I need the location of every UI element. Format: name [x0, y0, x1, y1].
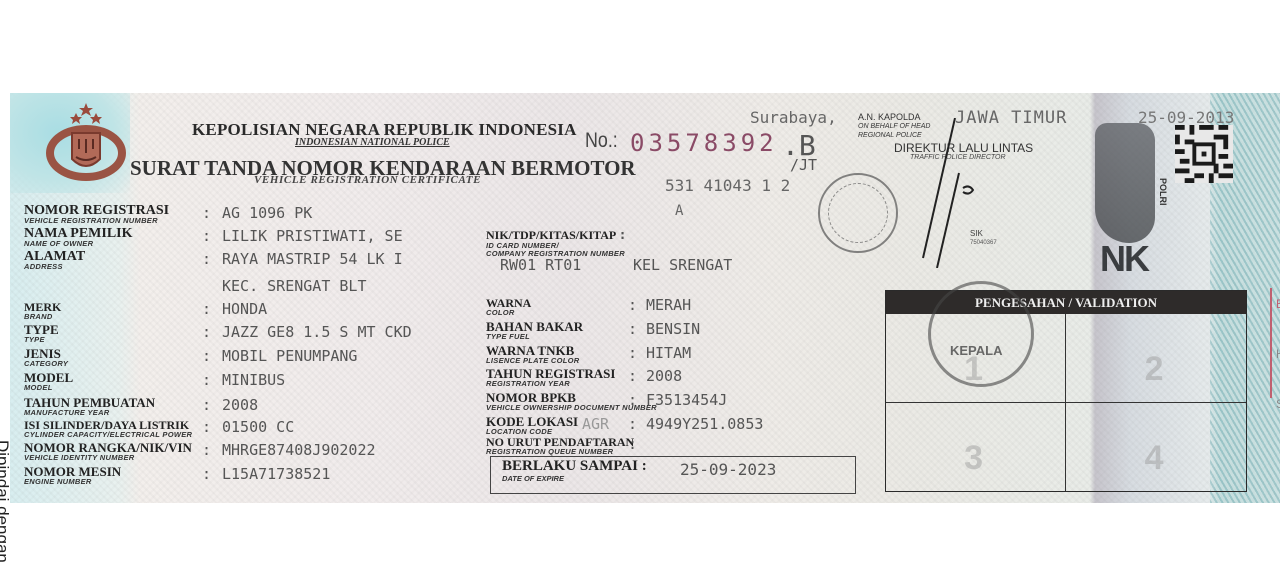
field-label-en: NAME OF OWNER [24, 240, 133, 248]
field-separator: : [628, 391, 637, 409]
issue-city: Surabaya, [750, 108, 837, 127]
validation-cell: 3 [886, 403, 1066, 492]
field-separator: : [202, 371, 211, 389]
document-number: 03578392 [630, 129, 778, 157]
field-label-en: TYPE FUEL [486, 333, 583, 341]
field-value: MHRGE87408J902022 [222, 441, 376, 459]
field-label: KODE LOKASILOCATION CODE [486, 416, 578, 436]
field-value: BENSIN [646, 320, 700, 338]
field-separator: : [628, 344, 637, 362]
field-label: TYPETYPE [24, 324, 59, 344]
field-label: NAMA PEMILIKNAME OF OWNER [24, 228, 133, 248]
svg-text:H: H [1276, 347, 1280, 361]
field-label: NOMOR MESINENGINE NUMBER [24, 466, 121, 486]
field-label-en: ENGINE NUMBER [24, 478, 121, 486]
field-value: MOBIL PENUMPANG [222, 347, 357, 365]
serial-letter: A [675, 203, 683, 219]
field-separator: : [628, 367, 637, 385]
field-label: TAHUN REGISTRASIREGISTRATION YEAR [486, 368, 615, 388]
field-label: MODELMODEL [24, 372, 73, 392]
field-label-en: LISENCE PLATE COLOR [486, 357, 579, 365]
field-value: AG 1096 PK [222, 204, 312, 222]
nik-label: NIK/TDP/KITAS/KITAP [486, 228, 616, 242]
field-label-en: MANUFACTURE YEAR [24, 409, 155, 417]
field-label-en: BRAND [24, 313, 61, 321]
field-value: L15A71738521 [222, 465, 330, 483]
signature-icon [915, 118, 975, 268]
nik-label-block: NIK/TDP/KITAS/KITAP : ID CARD NUMBER/ CO… [486, 229, 626, 258]
field-separator: : [202, 441, 211, 459]
field-label: TAHUN PEMBUATANMANUFACTURE YEAR [24, 397, 155, 417]
field-label-en: MODEL [24, 384, 73, 392]
address-rw-rt: RW01 RT01 [500, 256, 581, 274]
field-separator: : [628, 296, 637, 314]
field-separator: : [628, 320, 637, 338]
field-value: 2008 [222, 396, 258, 414]
field-label-en: COLOR [486, 309, 531, 317]
field-label: NO URUT PENDAFTARANREGISTRATION QUEUE NU… [486, 436, 634, 456]
field-value: RAYA MASTRIP 54 LK I [222, 250, 403, 268]
field-label: JENISCATEGORY [24, 348, 68, 368]
address-kelurahan: KEL SRENGAT [633, 256, 732, 274]
field-label-en: REGISTRATION QUEUE NUMBER [486, 448, 634, 456]
field-label: WARNACOLOR [486, 297, 531, 317]
field-separator: : [202, 204, 211, 222]
document-number-sub: /JT [790, 156, 817, 174]
round-stamp-icon [818, 173, 898, 253]
stnk-mark: NK [1100, 238, 1148, 280]
validation-cell: 4 [1066, 403, 1246, 492]
field-separator: : [202, 418, 211, 436]
field-separator: : [202, 347, 211, 365]
field-separator: : [202, 227, 211, 245]
field-value: MINIBUS [222, 371, 285, 389]
police-map-emblem-icon [1095, 123, 1155, 243]
field-label-en: VEHICLE IDENTITY NUMBER [24, 454, 192, 462]
number-label: No.: [585, 129, 618, 153]
police-emblem-icon [46, 101, 126, 181]
polri-text: POLRI [1158, 178, 1168, 206]
svg-text:S: S [1276, 397, 1280, 411]
expire-date: 25-09-2023 [680, 460, 776, 479]
field-separator: : [202, 323, 211, 341]
expire-label: BERLAKU SAMPAI : [502, 458, 647, 475]
field-extra: AGR [582, 415, 609, 433]
field-label-en: CATEGORY [24, 360, 68, 368]
field-label: WARNA TNKBLISENCE PLATE COLOR [486, 345, 579, 365]
agency-title-en: INDONESIAN NATIONAL POLICE [295, 137, 450, 148]
field-value: 01500 CC [222, 418, 294, 436]
field-value: F3513454J [646, 391, 727, 409]
field-value: JAZZ GE8 1.5 S MT CKD [222, 323, 412, 341]
document-title-en: VEHICLE REGISTRATION CERTIFICATE [254, 174, 481, 186]
field-label-en: TYPE [24, 336, 59, 344]
field-separator: : [202, 396, 211, 414]
field-label: NOMOR REGISTRASIVEHICLE REGISTRATION NUM… [24, 205, 169, 225]
field-value: 2008 [646, 367, 682, 385]
field-label-en: REGISTRATION YEAR [486, 380, 615, 388]
field-separator: : [202, 250, 211, 268]
field-value: 4949Y251.0853 [646, 415, 763, 433]
svg-text:E: E [1276, 297, 1280, 311]
address-line-2: KEC. SRENGAT BLT [222, 277, 367, 295]
field-label-en: ADDRESS [24, 263, 85, 271]
validation-stamp-text: KEPALA [950, 343, 1002, 358]
field-value: LILIK PRISTIWATI, SE [222, 227, 403, 245]
vehicle-registration-card: KEPOLISIAN NEGARA REPUBLIK INDONESIA IND… [10, 93, 1280, 503]
field-value: HONDA [222, 300, 267, 318]
field-label: MERKBRAND [24, 301, 61, 321]
red-security-mark-icon: E H S [1268, 288, 1280, 438]
field-separator: : [202, 465, 211, 483]
field-label: BAHAN BAKARTYPE FUEL [486, 321, 583, 341]
field-separator: : [202, 300, 211, 318]
scan-caption: Dipindai dengan [0, 440, 12, 563]
field-label: ISI SILINDER/DAYA LISTRIKCYLINDER CAPACI… [24, 419, 192, 439]
field-label: ALAMATADDRESS [24, 251, 85, 271]
field-value: HITAM [646, 344, 691, 362]
field-label-en: VEHICLE REGISTRATION NUMBER [24, 217, 169, 225]
validation-stamp-icon [928, 281, 1034, 387]
field-label: NOMOR RANGKA/NIK/VINVEHICLE IDENTITY NUM… [24, 442, 192, 462]
serial-number: 531 41043 1 2 [665, 176, 790, 195]
nik-label-en-2: COMPANY REGISTRATION NUMBER [486, 250, 626, 258]
validation-cell: 2 [1066, 314, 1246, 403]
field-value: MERAH [646, 296, 691, 314]
field-separator: : [628, 435, 637, 453]
qr-code-icon [1175, 125, 1233, 183]
field-separator: : [628, 415, 637, 433]
expire-label-en: DATE OF EXPIRE [502, 474, 564, 483]
field-label-en: CYLINDER CAPACITY/ELECTRICAL POWER [24, 431, 192, 439]
